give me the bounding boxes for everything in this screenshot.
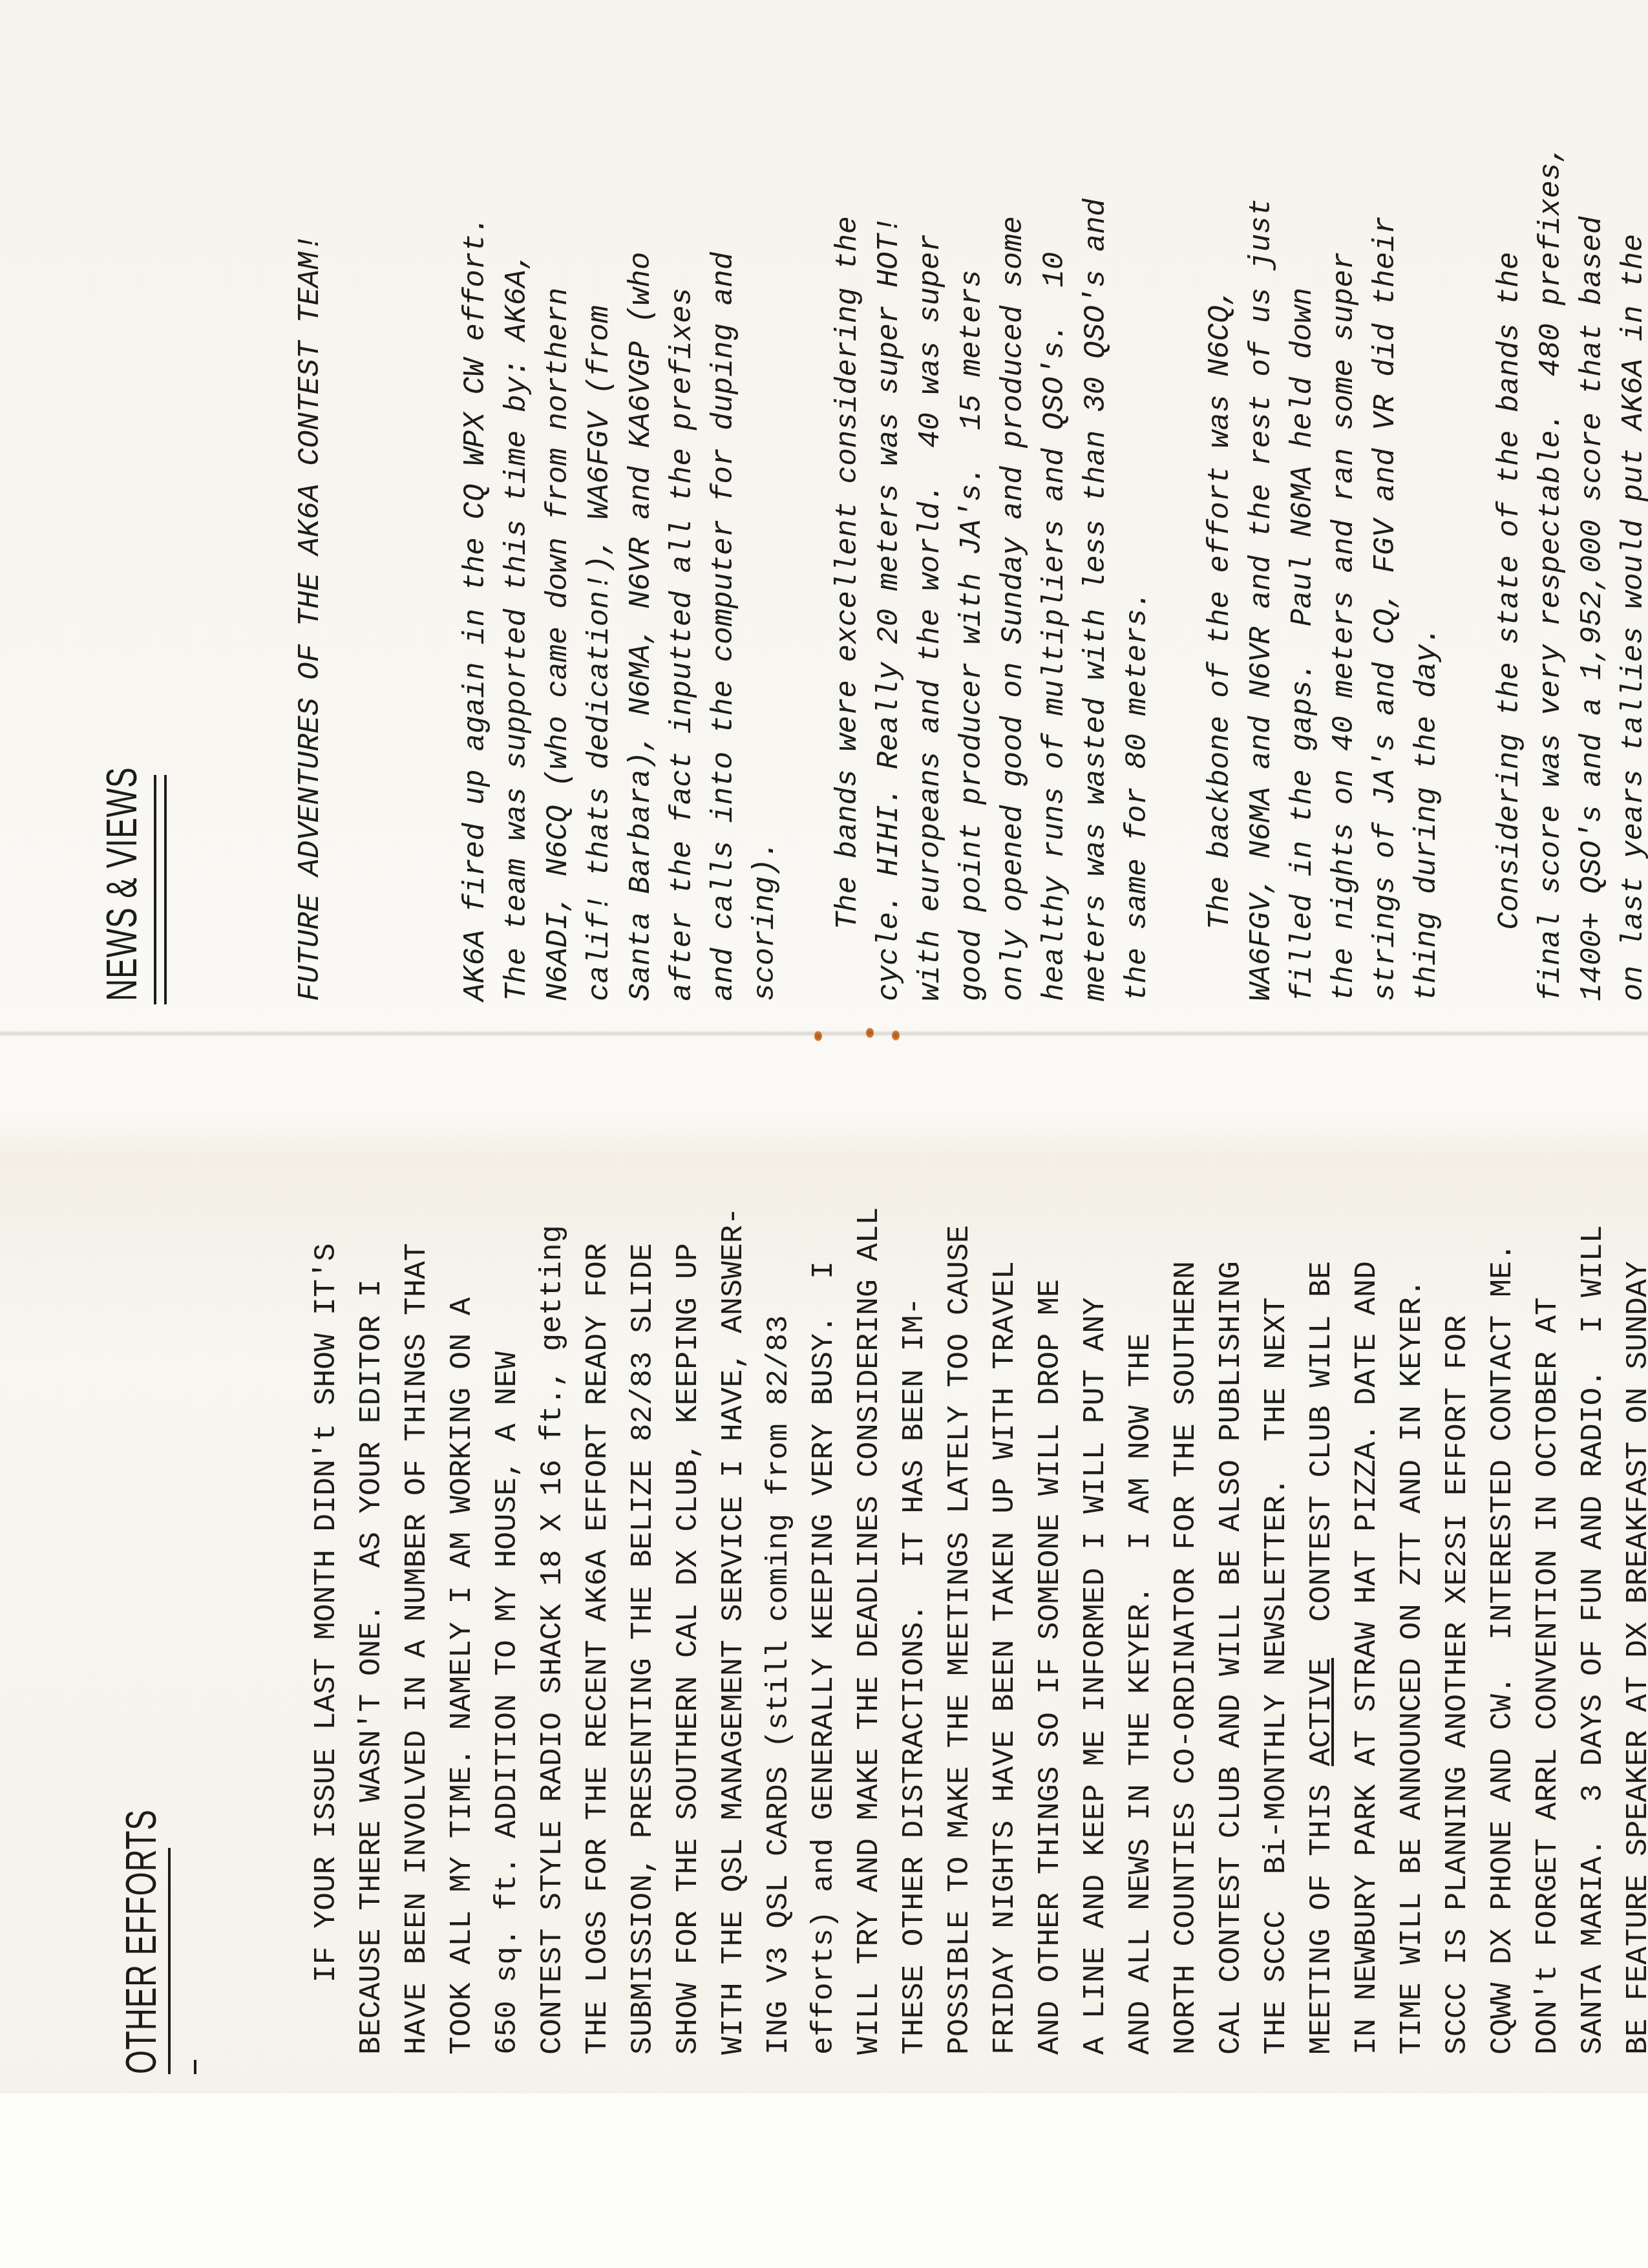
text-line: and calls into the computer for duping a… bbox=[703, 145, 745, 1001]
text-line: NORTH COUNTIES CO-ORDINATOR FOR THE SOUT… bbox=[1163, 1189, 1209, 2055]
text-line: 650 sq. ft. ADDITION TO MY HOUSE, A NEW bbox=[485, 1189, 530, 2055]
text-line: The backbone of the effort was N6CQ, bbox=[1199, 145, 1241, 1001]
article-paragraph: IF YOUR ISSUE LAST MONTH DIDN't SHOW IT'… bbox=[304, 1189, 1648, 2055]
article-paragraph: Considering the state of the bands thefi… bbox=[1489, 145, 1648, 1001]
other-efforts-body: IF YOUR ISSUE LAST MONTH DIDN't SHOW IT'… bbox=[213, 1189, 1648, 2055]
text-line: N6ADI, N6CQ (who came down from northern bbox=[538, 145, 579, 1001]
text-line: after the fact inputted all the prefixes bbox=[662, 145, 703, 1001]
text-line: The team was supported this time by: AK6… bbox=[496, 145, 538, 1001]
heading-dash bbox=[194, 2060, 196, 2074]
article-paragraph: AK6A fired up again in the CQ WPX CW eff… bbox=[455, 145, 786, 1001]
text-line: SHOW FOR THE SOUTHERN CAL DX CLUB, KEEPI… bbox=[666, 1189, 711, 2055]
text-line: with europeans and the world. 40 was sup… bbox=[910, 145, 951, 1001]
text-line: the nights on 40 meters and ran some sup… bbox=[1324, 145, 1365, 1001]
text-line: AK6A fired up again in the CQ WPX CW eff… bbox=[455, 145, 496, 1001]
text-line: the same for 80 meters. bbox=[1117, 145, 1158, 1001]
text-line: meters was wasted with less than 30 QSO'… bbox=[1075, 145, 1117, 1001]
text-line: filled in the gaps. Paul N6MA held down bbox=[1282, 145, 1324, 1001]
text-line: cycle. HIHI. Really 20 meters was super … bbox=[869, 145, 910, 1001]
underlined-word: ACTIVE bbox=[1304, 1658, 1338, 1766]
text-line: THESE OTHER DISTRACTIONS. IT HAS BEEN IM… bbox=[892, 1189, 937, 2055]
text-line: CQWW DX PHONE AND CW. INTERESTED CONTACT… bbox=[1480, 1189, 1525, 2055]
text-line: healthy runs of multipliers and QSO's. 1… bbox=[1034, 145, 1075, 1001]
news-views-column: NEWS & VIEWS FUTURE ADVENTURES OF THE AK… bbox=[0, 12, 1648, 1021]
text-line: POSSIBLE TO MAKE THE MEETINGS LATELY TOO… bbox=[937, 1189, 982, 2055]
text-line: Santa Barbara), N6MA, N6VR and KA6VGP (w… bbox=[620, 145, 662, 1001]
text-line: WITH THE QSL MANAGEMENT SERVICE I HAVE, … bbox=[711, 1189, 756, 2055]
text-line: THE SCCC Bi-MONTHLY NEWSLETTER. THE NEXT bbox=[1254, 1189, 1299, 2055]
text-line: DON't FORGET ARRL CONVENTION IN OCTOBER … bbox=[1525, 1189, 1570, 2055]
text-line: only opened good on Sunday and produced … bbox=[993, 145, 1034, 1001]
text-line: ING V3 QSL CARDS (still coming from 82/8… bbox=[756, 1189, 801, 2055]
heading-underline-second bbox=[164, 775, 167, 1004]
text-line: thing during the day. bbox=[1406, 145, 1448, 1001]
staple-rust-mark bbox=[866, 1028, 874, 1038]
blank-page-margin bbox=[0, 2093, 1648, 2268]
text-line: HAVE BEEN INVOLVED IN A NUMBER OF THINGS… bbox=[394, 1189, 439, 2055]
other-efforts-column: OTHER EFFORTS IF YOUR ISSUE LAST MONTH D… bbox=[0, 1040, 1648, 2074]
text-line: IF YOUR ISSUE LAST MONTH DIDN't SHOW IT'… bbox=[304, 1189, 349, 2055]
text-line: A LINE AND KEEP ME INFORMED I WILL PUT A… bbox=[1073, 1189, 1118, 2055]
heading-underline bbox=[154, 775, 156, 1004]
text-line: WA6FGV, N6MA and N6VR and the rest of us… bbox=[1241, 145, 1282, 1001]
text-line: strings of JA's and CQ, FGV and VR did t… bbox=[1365, 145, 1406, 1001]
text-line: efforts) and GENERALLY KEEPING VERY BUSY… bbox=[801, 1189, 847, 2055]
text-line: The bands were excellent considering the bbox=[827, 145, 869, 1001]
text-line: FRIDAY NIGHTS HAVE BEEN TAKEN UP WITH TR… bbox=[982, 1189, 1028, 2055]
text-line: MEETING OF THIS ACTIVE CONTEST CLUB WILL… bbox=[1299, 1189, 1344, 2055]
text-line: on last years tallies would put AK6A in … bbox=[1613, 145, 1648, 1001]
text-line: Considering the state of the bands the bbox=[1489, 145, 1530, 1001]
section-heading-news-views: NEWS & VIEWS bbox=[97, 767, 146, 1001]
text-line: 1400+ QSO's and a 1,952,000 score that b… bbox=[1572, 145, 1613, 1001]
text-line: SUBMISSION, PRESENTING THE BELIZE 82/83 … bbox=[620, 1189, 666, 2055]
article-paragraph: The backbone of the effort was N6CQ,WA6F… bbox=[1199, 145, 1448, 1001]
text-line: CAL CONTEST CLUB AND WILL BE ALSO PUBLIS… bbox=[1209, 1189, 1254, 2055]
text-line: BECAUSE THERE WASN'T ONE. AS YOUR EDITOR… bbox=[349, 1189, 394, 2055]
text-line: WILL TRY AND MAKE THE DEADLINES CONSIDER… bbox=[847, 1189, 892, 2055]
text-line: IN NEWBURY PARK AT STRAW HAT PIZZA. DATE… bbox=[1344, 1189, 1389, 2055]
text-line: SANTA MARIA. 3 DAYS OF FUN AND RADIO. I … bbox=[1570, 1189, 1616, 2055]
heading-underline bbox=[168, 1848, 171, 2074]
text-line: AND ALL NEWS IN THE KEYER. I AM NOW THE bbox=[1118, 1189, 1163, 2055]
fold-crease bbox=[0, 1030, 1648, 1037]
text-line: BE FEATURE SPEAKER AT DX BREAKFAST ON SU… bbox=[1616, 1189, 1648, 2055]
text-line: TOOK ALL MY TIME. NAMELY I AM WORKING ON… bbox=[439, 1189, 485, 2055]
text-line: CONTEST STYLE RADIO SHACK 18 X 16 ft., g… bbox=[530, 1189, 575, 2055]
text-line: AND OTHER THINGS SO IF SOMEONE WILL DROP… bbox=[1028, 1189, 1073, 2055]
text-line: scoring). bbox=[745, 145, 786, 1001]
news-views-body: FUTURE ADVENTURES OF THE AK6A CONTEST TE… bbox=[207, 145, 1648, 1001]
text-line: calif! thats dedication!), WA6FGV (from bbox=[579, 145, 620, 1001]
text-line: TIME WILL BE ANNOUNCED ON ZTT AND IN KEY… bbox=[1389, 1189, 1435, 2055]
section-heading-other-efforts: OTHER EFFORTS bbox=[116, 1809, 165, 2074]
text-line: THE LOGS FOR THE RECENT AK6A EFFORT READ… bbox=[575, 1189, 620, 2055]
text-line: SCCC IS PLANNING ANOTHER XE2SI EFFORT FO… bbox=[1435, 1189, 1480, 2055]
text-line: good point producer with JA's. 15 meters bbox=[951, 145, 993, 1001]
article-paragraph: The bands were excellent considering the… bbox=[827, 145, 1158, 1001]
staple-rust-mark bbox=[892, 1030, 900, 1041]
newsletter-sheet: OTHER EFFORTS IF YOUR ISSUE LAST MONTH D… bbox=[0, 0, 1648, 2268]
text-line: final score was very respectable. 480 pr… bbox=[1530, 145, 1572, 1001]
article-title: FUTURE ADVENTURES OF THE AK6A CONTEST TE… bbox=[290, 145, 331, 1001]
